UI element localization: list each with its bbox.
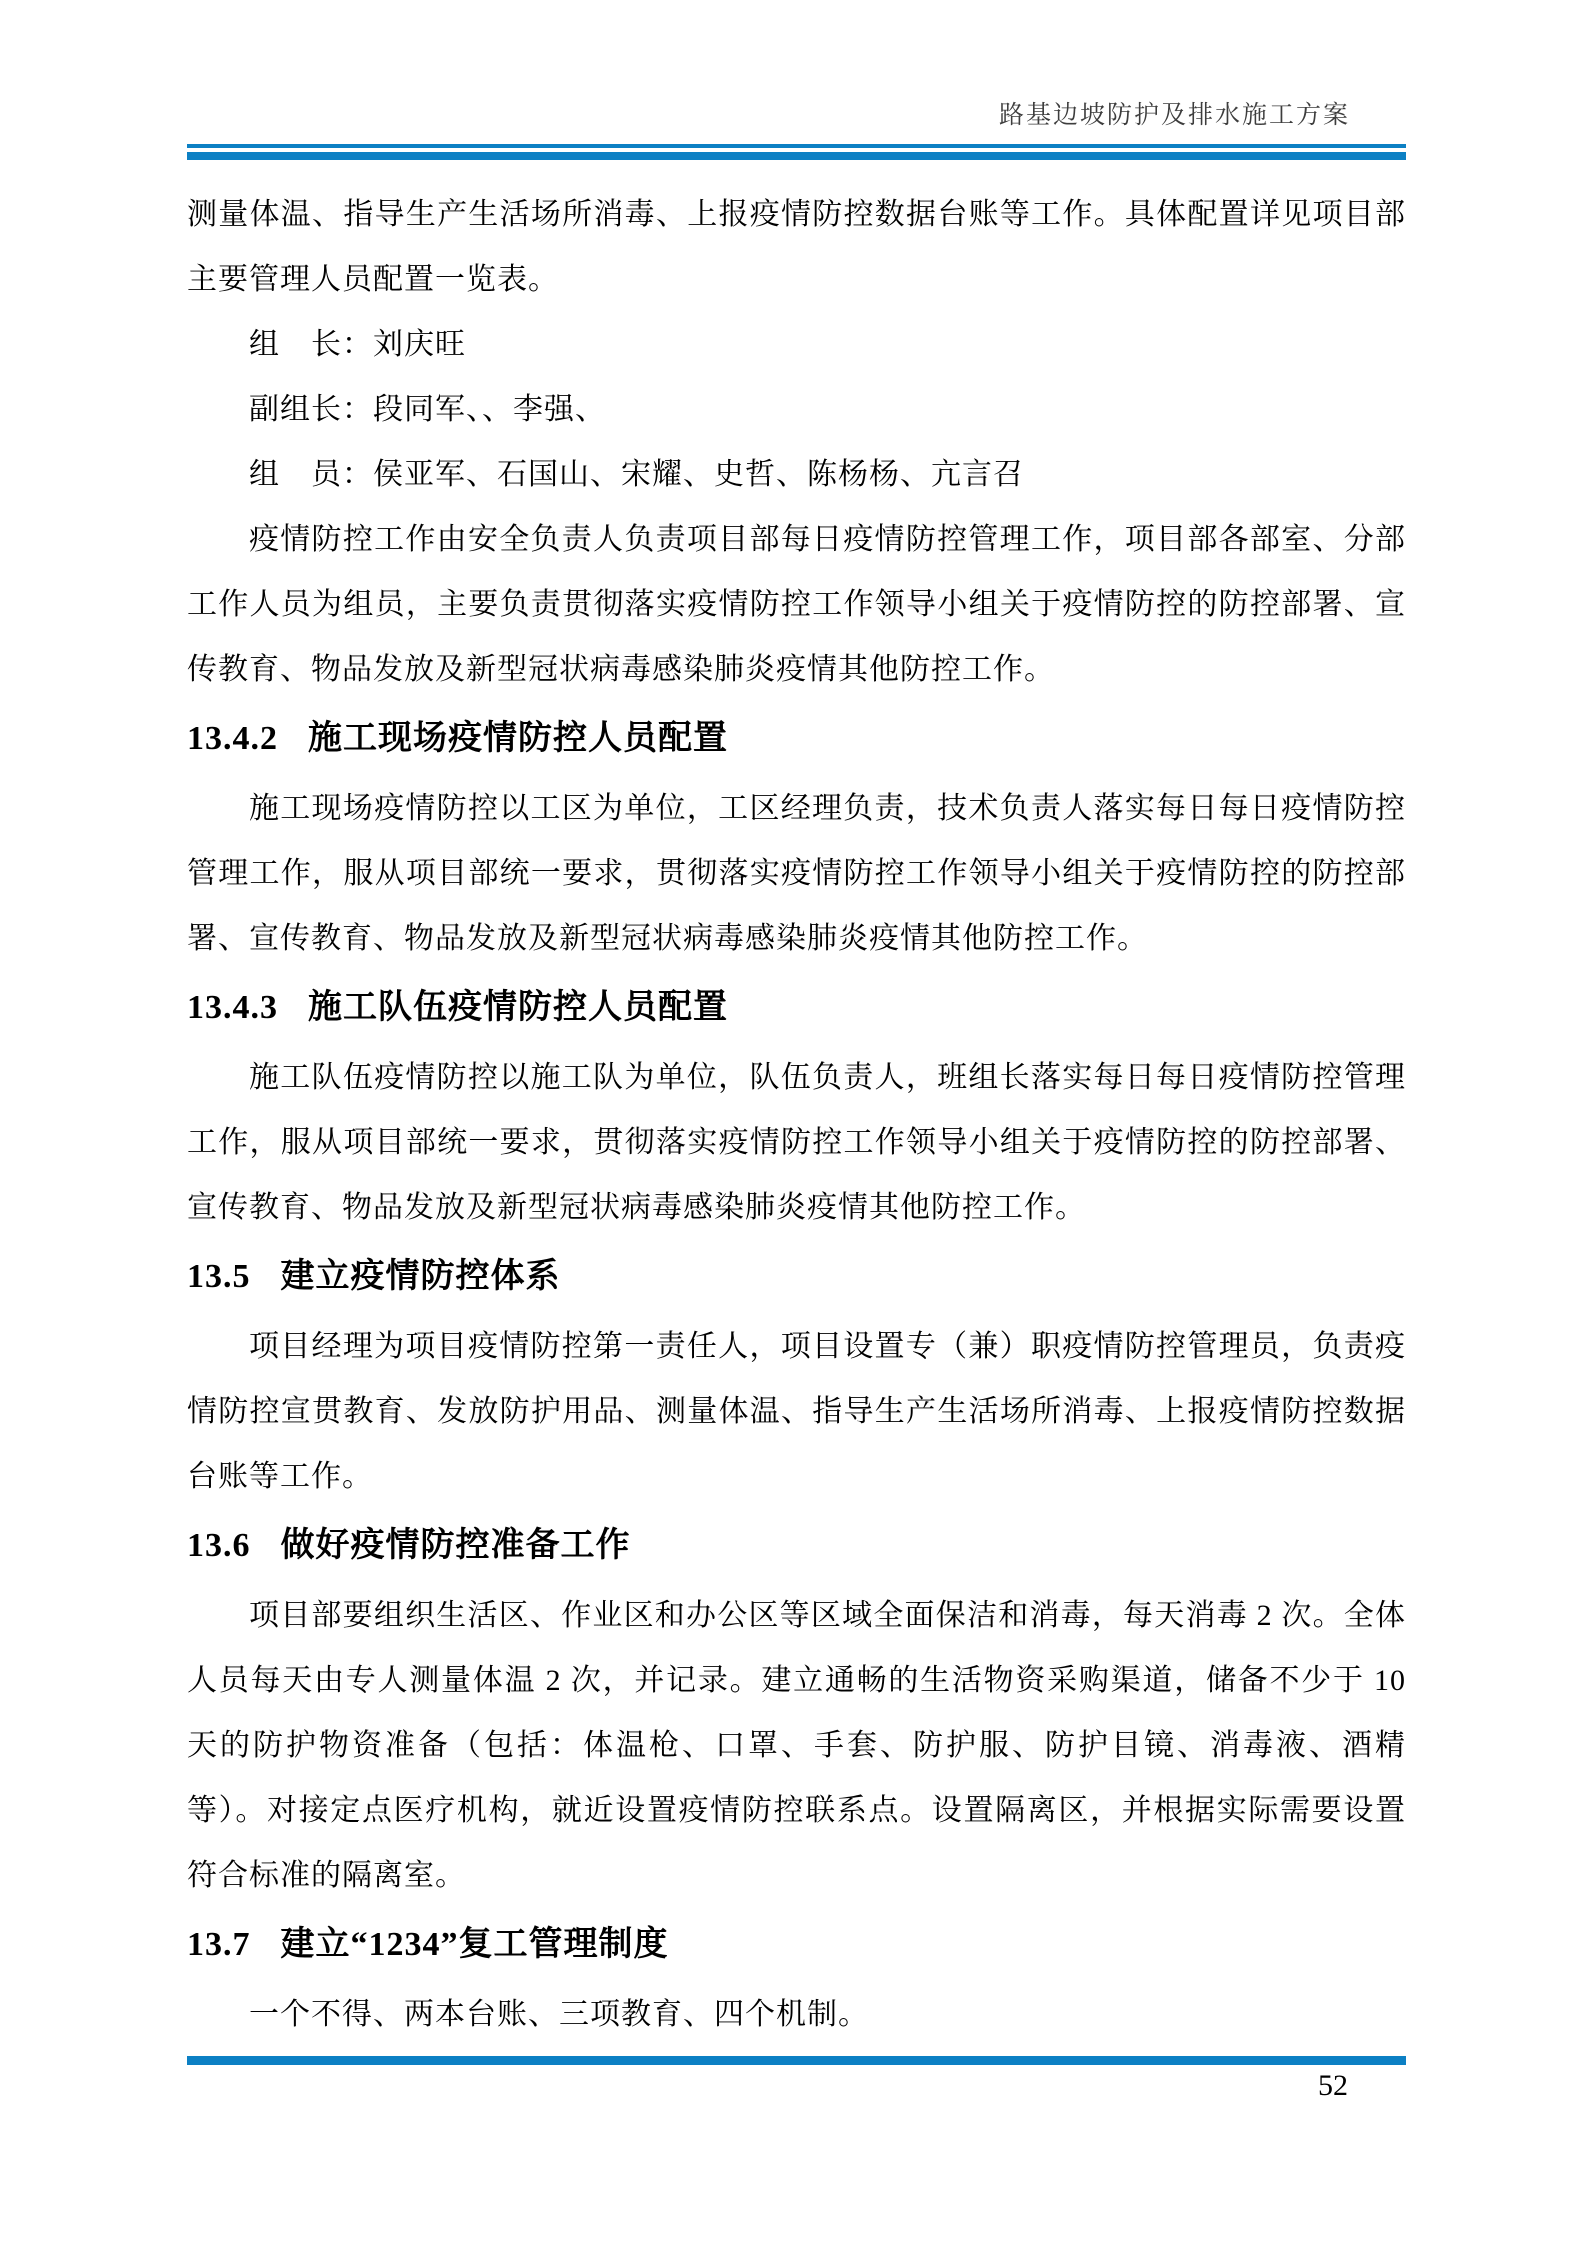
heading-title: 建立“1234”复工管理制度	[281, 1926, 669, 1963]
heading-number: 13.5	[187, 1258, 251, 1295]
line-group-leader: 组 长：刘庆旺	[187, 312, 1406, 377]
line-group-members: 组 员：侯亚军、石国山、宋耀、史哲、陈杨杨、亢言召	[187, 442, 1406, 507]
paragraph-intro: 测量体温、指导生产生活场所消毒、上报疫情防控数据台账等工作。具体配置详见项目部主…	[187, 182, 1406, 312]
paragraph-13-4-3: 施工队伍疫情防控以施工队为单位，队伍负责人，班组长落实每日每日疫情防控管理工作，…	[187, 1045, 1406, 1240]
page-number: 52	[187, 2068, 1406, 2104]
heading-13-4-3: 13.4.3施工队伍疫情防控人员配置	[187, 971, 1406, 1045]
heading-number: 13.7	[187, 1926, 251, 1963]
heading-title: 施工现场疫情防控人员配置	[308, 720, 728, 757]
page-footer: 52	[187, 2056, 1406, 2104]
heading-number: 13.6	[187, 1527, 251, 1564]
heading-13-4-2: 13.4.2施工现场疫情防控人员配置	[187, 702, 1406, 776]
heading-number: 13.4.3	[187, 989, 278, 1026]
header-rule-bottom	[187, 152, 1406, 160]
heading-13-6: 13.6做好疫情防控准备工作	[187, 1509, 1406, 1583]
document-body: 测量体温、指导生产生活场所消毒、上报疫情防控数据台账等工作。具体配置详见项目部主…	[187, 182, 1406, 2047]
paragraph-13-7: 一个不得、两本台账、三项教育、四个机制。	[187, 1982, 1406, 2047]
heading-title: 做好疫情防控准备工作	[281, 1527, 631, 1564]
heading-title: 施工队伍疫情防控人员配置	[308, 989, 728, 1026]
page-header: 路基边坡防护及排水施工方案	[187, 0, 1406, 160]
heading-13-5: 13.5建立疫情防控体系	[187, 1240, 1406, 1314]
paragraph-epidemic-duty: 疫情防控工作由安全负责人负责项目部每日疫情防控管理工作，项目部各部室、分部工作人…	[187, 507, 1406, 702]
paragraph-13-6: 项目部要组织生活区、作业区和办公区等区域全面保洁和消毒，每天消毒 2 次。全体人…	[187, 1583, 1406, 1908]
paragraph-13-4-2: 施工现场疫情防控以工区为单位，工区经理负责，技术负责人落实每日每日疫情防控管理工…	[187, 776, 1406, 971]
document-page: 路基边坡防护及排水施工方案 测量体温、指导生产生活场所消毒、上报疫情防控数据台账…	[0, 0, 1587, 2245]
line-deputy-leaders: 副组长：段同军、、李强、	[187, 377, 1406, 442]
paragraph-13-5: 项目经理为项目疫情防控第一责任人，项目设置专（兼）职疫情防控管理员，负责疫情防控…	[187, 1314, 1406, 1509]
header-title: 路基边坡防护及排水施工方案	[187, 0, 1406, 132]
heading-number: 13.4.2	[187, 720, 278, 757]
heading-title: 建立疫情防控体系	[281, 1258, 561, 1295]
heading-13-7: 13.7建立“1234”复工管理制度	[187, 1908, 1406, 1982]
header-rule-top	[187, 144, 1406, 148]
footer-rule	[187, 2056, 1406, 2065]
